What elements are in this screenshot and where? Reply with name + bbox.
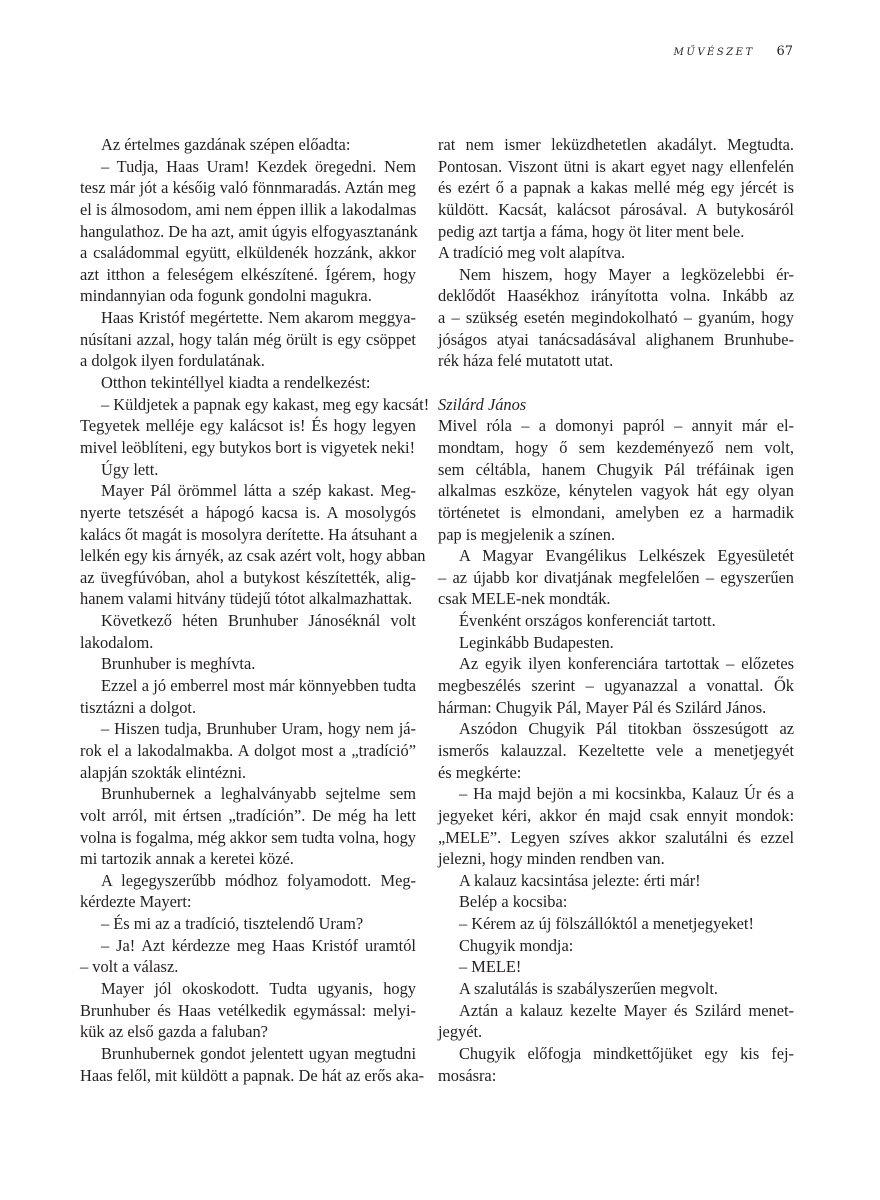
text-line: – És mi az a tradíció, tisztelendő Uram? — [80, 913, 416, 935]
text-line: rat nem ismer leküzdhetetlen akadályt. M… — [438, 134, 794, 156]
text-line — [438, 372, 794, 394]
text-line: kérdezte Mayert: — [80, 891, 416, 913]
text-line: a családommal együtt, elküldenék hozzánk… — [80, 242, 416, 264]
text-line: mindannyian oda fogunk gondolni magukra. — [80, 285, 416, 307]
text-line: jegyét. — [438, 1021, 794, 1043]
text-line: hangulathoz. De ha azt, amit úgyis elfog… — [80, 221, 416, 243]
right-text-column: rat nem ismer leküzdhetetlen akadályt. M… — [438, 134, 794, 1086]
text-line: Brunhuber és Haas vetélkedik egymással: … — [80, 1000, 416, 1022]
text-line: núsítani azzal, hogy talán még örült is … — [80, 329, 416, 351]
section-title: MŰVÉSZET — [674, 47, 755, 58]
text-line: jelezni, hogy minden rendben van. — [438, 848, 794, 870]
text-line: mivel leöblíteni, egy butykos bort is vi… — [80, 437, 416, 459]
running-head: MŰVÉSZET 67 — [600, 44, 793, 59]
text-line: Otthon tekintéllyel kiadta a rendelkezés… — [80, 372, 416, 394]
text-line: Az egyik ilyen konferenciára tartottak –… — [438, 653, 794, 675]
text-line: az üvegfúvóban, ahol a butykost készítet… — [80, 567, 416, 589]
text-line: – Ja! Azt kérdezze meg Haas Kristóf uram… — [80, 935, 416, 957]
text-line: Mayer jól okoskodott. Tudta ugyanis, hog… — [80, 978, 416, 1000]
text-line: alkalmas eszköze, kénytelen vagyok hát e… — [438, 480, 794, 502]
text-line: Úgy lett. — [80, 459, 416, 481]
text-line: Haas Kristóf megértette. Nem akarom megg… — [80, 307, 416, 329]
text-line: Évenként országos konferenciát tartott. — [438, 610, 794, 632]
text-line: Brunhubernek gondot jelentett ugyan megt… — [80, 1043, 416, 1065]
text-line: Következő héten Brunhuber Jánoséknál vol… — [80, 610, 416, 632]
text-line: – Kérem az új fölszállóktól a menetjegye… — [438, 913, 794, 935]
text-line: küldött. Kacsát, kalácsot párosával. A b… — [438, 199, 794, 221]
text-line: Nem hiszem, hogy Mayer a legközelebbi ér… — [438, 264, 794, 286]
text-line: Aszódon Chugyik Pál titokban összesúgott… — [438, 718, 794, 740]
page-number: 67 — [776, 44, 793, 59]
text-line: A tradíció meg volt alapítva. — [438, 242, 794, 264]
text-line: volt arról, mit értsen „tradíción”. De m… — [80, 805, 416, 827]
text-line: kalács őt magát is mosolyra derítette. H… — [80, 524, 416, 546]
text-line: Pontosan. Viszont ütni is akart egyet na… — [438, 156, 794, 178]
text-line: mosásra: — [438, 1065, 794, 1087]
text-line: tisztázni a dolgot. — [80, 697, 416, 719]
text-line: mi tartozik annak a keretei közé. — [80, 848, 416, 870]
text-line: a dolgok ilyen fordulatának. — [80, 350, 416, 372]
text-line: – Küldjetek a papnak egy kakast, meg egy… — [80, 394, 416, 416]
text-line: A kalauz kacsintása jelezte: érti már! — [438, 870, 794, 892]
text-line: hárman: Chugyik Pál, Mayer Pál és Szilár… — [438, 697, 794, 719]
text-line: deklődőt Haasékhoz irányította volna. In… — [438, 285, 794, 307]
text-line: pap is megjelenik a színen. — [438, 524, 794, 546]
text-line: hanem valami hitvány tüdejű tótot alkalm… — [80, 588, 416, 610]
text-line: és megkérte: — [438, 762, 794, 784]
text-line: Chugyik mondja: — [438, 935, 794, 957]
text-line: A legegyszerűbb módhoz folyamodott. Meg- — [80, 870, 416, 892]
text-line: Leginkább Budapesten. — [438, 632, 794, 654]
text-line: – volt a válasz. — [80, 956, 416, 978]
text-line: Tegyetek melléje egy kalácsot is! És hog… — [80, 415, 416, 437]
text-line: mondtam, hogy ő sem kezdeményező nem vol… — [438, 437, 794, 459]
text-line: történetet is elmondani, amelyben ez a h… — [438, 502, 794, 524]
text-line: Brunhuber is meghívta. — [80, 653, 416, 675]
text-line: – Hiszen tudja, Brunhuber Uram, hogy nem… — [80, 718, 416, 740]
text-line: Aztán a kalauz kezelte Mayer és Szilárd … — [438, 1000, 794, 1022]
text-line: ismerős kalauzzal. Kezeltette vele a men… — [438, 740, 794, 762]
text-line: nyerte tetszését a hápogó kacsa is. A mo… — [80, 502, 416, 524]
text-line: – Tudja, Haas Uram! Kezdek öregedni. Nem — [80, 156, 416, 178]
text-line: – az újabb kor divatjának megfelelően – … — [438, 567, 794, 589]
text-line: Mayer Pál örömmel látta a szép kakast. M… — [80, 480, 416, 502]
text-line: lakodalom. — [80, 632, 416, 654]
text-line: csak MELE-nek mondták. — [438, 588, 794, 610]
text-line: Mivel róla – a domonyi papról – annyit m… — [438, 415, 794, 437]
text-line: és ezért ő a papnak a kakas mellé még eg… — [438, 177, 794, 199]
text-line: volna is fogalma, még akkor sem tudta vo… — [80, 827, 416, 849]
text-line: el is álmosodom, ami nem éppen illik a l… — [80, 199, 416, 221]
text-line: pedig azt tartja a fáma, hogy öt liter m… — [438, 221, 794, 243]
text-line: Brunhubernek a leghalványabb sejtelme se… — [80, 783, 416, 805]
section-heading: Szilárd János — [438, 394, 794, 416]
text-line: kük az első gazda a faluban? — [80, 1021, 416, 1043]
text-line: – Ha majd bejön a mi kocsinkba, Kalauz Ú… — [438, 783, 794, 805]
text-line: a – szükség esetén megindokolható – gyan… — [438, 307, 794, 329]
text-line: Az értelmes gazdának szépen előadta: — [80, 134, 416, 156]
text-line: alapján szokták elintézni. — [80, 762, 416, 784]
text-line: Ezzel a jó emberrel most már könnyebben … — [80, 675, 416, 697]
text-line: Belép a kocsiba: — [438, 891, 794, 913]
text-line: Chugyik előfogja mindkettőjüket egy kis … — [438, 1043, 794, 1065]
text-line: jegyeket kéri, akkor én majd csak ennyit… — [438, 805, 794, 827]
text-line: Haas felől, mit küldött a papnak. De hát… — [80, 1065, 416, 1087]
text-line: sem céltábla, hanem Chugyik Pál tréfáina… — [438, 459, 794, 481]
text-line: azt itthon a feleségem elkészítené. Ígér… — [80, 264, 416, 286]
left-text-column: Az értelmes gazdának szépen előadta:– Tu… — [80, 134, 416, 1086]
text-line: lelkén egy kis árnyék, az csak azért vol… — [80, 545, 416, 567]
text-line: – MELE! — [438, 956, 794, 978]
text-line: A szalutálás is szabályszerűen megvolt. — [438, 978, 794, 1000]
text-line: rok el a lakodalmakba. A dolgot most a „… — [80, 740, 416, 762]
text-line: rék háza felé mutatott utat. — [438, 350, 794, 372]
text-line: megbeszélés szerint – ugyanazzal a vonat… — [438, 675, 794, 697]
text-line: „MELE”. Legyen szíves akkor szalutálni é… — [438, 827, 794, 849]
text-line: tesz már jót a későig való fönnmaradás. … — [80, 177, 416, 199]
text-line: A Magyar Evangélikus Lelkészek Egyesület… — [438, 545, 794, 567]
text-line: jóságos atyai tanácsadásával alighanem B… — [438, 329, 794, 351]
